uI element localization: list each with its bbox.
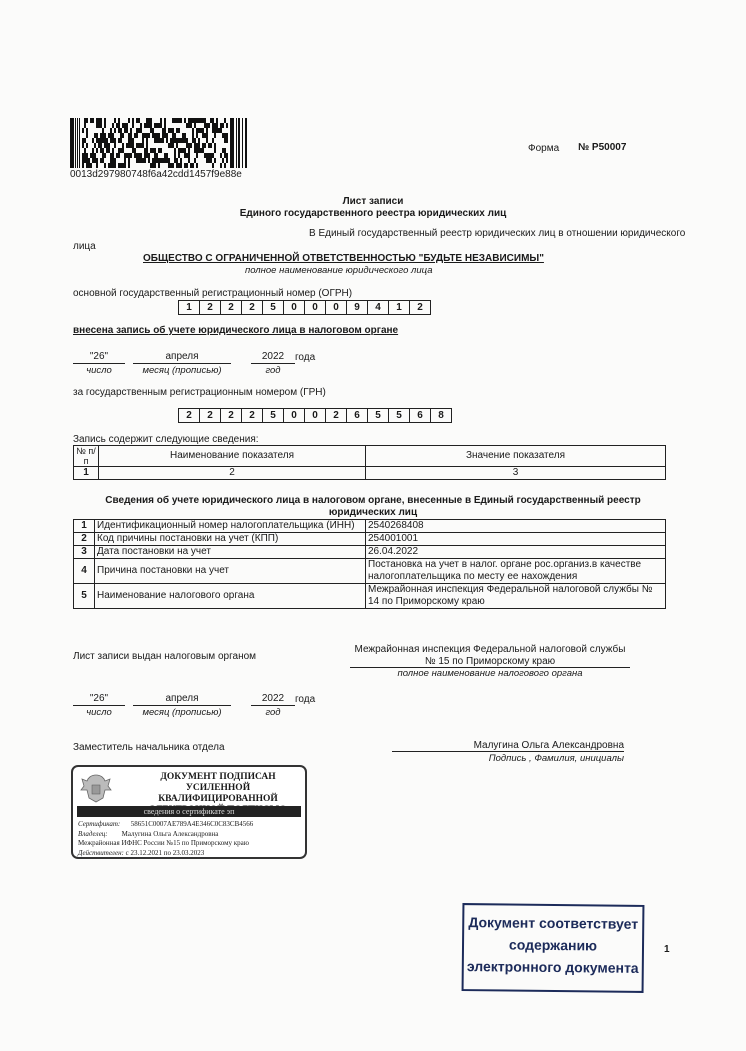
row-value: 2540268408 <box>366 520 666 533</box>
table-row: 3Дата постановки на учет26.04.2022 <box>74 546 666 559</box>
ogrn-digit: 0 <box>305 301 326 314</box>
grn-digit: 2 <box>179 409 200 422</box>
grn-digit: 0 <box>305 409 326 422</box>
intro-text-2: лица <box>73 241 96 252</box>
grn-digit: 0 <box>284 409 305 422</box>
cert-label: Сертификат: <box>78 820 120 828</box>
month-caption: месяц (прописью) <box>133 706 231 719</box>
certificate-bar: сведения о сертификате эп <box>77 806 301 817</box>
pdf417-barcode <box>70 118 248 168</box>
table-row: 1Идентификационный номер налогоплательщи… <box>74 520 666 533</box>
conformity-stamp: Документ соответствует содержанию электр… <box>462 903 645 993</box>
grn-label: за государственным регистрационным номер… <box>73 387 326 398</box>
row-value: Постановка на учет в налог. органе рос.о… <box>366 559 666 584</box>
ogrn-digit: 1 <box>389 301 410 314</box>
ogrn-digit: 1 <box>179 301 200 314</box>
entry-year: 2022 <box>251 350 295 364</box>
row-name: Наименование налогового органа <box>95 584 366 609</box>
row-number: 4 <box>74 559 95 584</box>
table-row: 2Код причины постановки на учет (КПП)254… <box>74 533 666 546</box>
entry-month: апреля <box>133 350 231 364</box>
row-number: 1 <box>74 520 95 533</box>
entry-day: "26" <box>73 350 125 364</box>
ogrn-digit: 2 <box>200 301 221 314</box>
electronic-signature-block: ДОКУМЕНТ ПОДПИСАН УСИЛЕННОЙ КВАЛИФИЦИРОВ… <box>71 765 307 859</box>
signer-caption: Подпись , Фамилия, инициалы <box>392 753 624 764</box>
year-suffix: года <box>295 352 315 363</box>
col-name-index: 2 <box>99 467 366 480</box>
ogrn-digits: 122250009412 <box>178 300 431 315</box>
table-row: 5Наименование налогового органаМежрайонн… <box>74 584 666 609</box>
page-number: 1 <box>664 944 670 955</box>
year-caption: год <box>251 364 295 377</box>
row-value: 26.04.2022 <box>366 546 666 559</box>
col-value-index: 3 <box>366 467 666 480</box>
signer-position: Заместитель начальника отдела <box>73 742 225 753</box>
form-label: Форма <box>528 143 559 154</box>
ogrn-digit: 9 <box>347 301 368 314</box>
issue-month: апреля <box>133 692 231 706</box>
tax-table: 1Идентификационный номер налогоплательщи… <box>73 519 666 609</box>
header-number: № п/п <box>74 446 99 467</box>
ogrn-digit: 2 <box>410 301 430 314</box>
cert-number: 58651C0007AE789A4E346C0C83CB4566 <box>131 820 254 828</box>
year-caption: год <box>251 706 295 719</box>
row-number: 2 <box>74 533 95 546</box>
esign-line1: ДОКУМЕНТ ПОДПИСАН <box>133 772 303 783</box>
ogrn-digit: 4 <box>368 301 389 314</box>
grn-digit: 6 <box>410 409 431 422</box>
grn-digit: 2 <box>221 409 242 422</box>
ogrn-digit: 5 <box>263 301 284 314</box>
issue-year: 2022 <box>251 692 295 706</box>
header-value: Значение показателя <box>366 446 666 467</box>
ogrn-digit: 2 <box>242 301 263 314</box>
stamp-line3: электронного документа <box>464 955 642 979</box>
day-caption: число <box>73 364 125 377</box>
ogrn-label: основной государственный регистрационный… <box>73 288 352 299</box>
grn-digit: 5 <box>263 409 284 422</box>
year-suffix: года <box>295 694 315 705</box>
grn-digit: 5 <box>368 409 389 422</box>
grn-digit: 2 <box>200 409 221 422</box>
form-number: № Р50007 <box>578 142 626 153</box>
company-name: ОБЩЕСТВО С ОГРАНИЧЕННОЙ ОТВЕТСТВЕННОСТЬЮ… <box>143 253 544 264</box>
issue-date: "26"число апрелямесяц (прописью) 2022год… <box>73 692 315 719</box>
contents-table: № п/п Наименование показателя Значение п… <box>73 445 666 480</box>
issued-label: Лист записи выдан налоговым органом <box>73 651 256 662</box>
day-caption: число <box>73 706 125 719</box>
doc-subtitle: Единого государственного реестра юридиче… <box>0 208 746 219</box>
entry-statement: внесена запись об учете юридического лиц… <box>73 325 398 336</box>
signer-name: Малугина Ольга Александровна <box>392 740 624 752</box>
issue-day: "26" <box>73 692 125 706</box>
row-name: Идентификационный номер налогоплательщик… <box>95 520 366 533</box>
row-name: Код причины постановки на учет (КПП) <box>95 533 366 546</box>
grn-digit: 6 <box>347 409 368 422</box>
grn-digit: 2 <box>326 409 347 422</box>
entry-date: "26"число апрелямесяц (прописью) 2022год… <box>73 350 315 377</box>
coat-of-arms-icon <box>79 772 113 804</box>
cert-owner: Малугина Ольга Александровна <box>122 830 219 838</box>
stamp-line2: содержанию <box>464 933 642 957</box>
row-value: 254001001 <box>366 533 666 546</box>
company-caption: полное наименование юридического лица <box>245 265 433 276</box>
barcode-id: 0013d297980748f6a42cdd1457f9e88e <box>70 169 242 180</box>
authority-caption: полное наименование налогового органа <box>350 668 630 679</box>
valid-label: Действителен: <box>78 849 124 857</box>
ogrn-digit: 2 <box>221 301 242 314</box>
cert-validity: с 23.12.2021 по 23.03.2023 <box>126 849 205 857</box>
owner-label: Владелец: <box>78 830 108 838</box>
header-name: Наименование показателя <box>99 446 366 467</box>
col-number-index: 1 <box>74 467 99 480</box>
grn-digit: 8 <box>431 409 451 422</box>
row-name: Дата постановки на учет <box>95 546 366 559</box>
stamp-line1: Документ соответствует <box>464 911 642 935</box>
issuing-authority-2: № 15 по Приморскому краю <box>350 656 630 668</box>
doc-title: Лист записи <box>0 196 746 207</box>
contents-caption: Запись содержит следующие сведения: <box>73 434 259 445</box>
ogrn-digit: 0 <box>284 301 305 314</box>
month-caption: месяц (прописью) <box>133 364 231 377</box>
tax-section-title-2: юридических лиц <box>0 507 746 518</box>
row-name: Причина постановки на учет <box>95 559 366 584</box>
esign-line2: УСИЛЕННОЙ КВАЛИФИЦИРОВАННОЙ <box>133 783 303 805</box>
tax-section-title: Сведения об учете юридического лица в на… <box>0 495 746 506</box>
ogrn-digit: 0 <box>326 301 347 314</box>
grn-digit: 2 <box>242 409 263 422</box>
row-number: 5 <box>74 584 95 609</box>
row-number: 3 <box>74 546 95 559</box>
grn-digit: 5 <box>389 409 410 422</box>
issuing-authority: Межрайонная инспекция Федеральной налого… <box>350 644 630 655</box>
cert-org: Межрайонная ИФНС России №15 по Приморско… <box>78 839 253 849</box>
row-value: Межрайонная инспекция Федеральной налого… <box>366 584 666 609</box>
intro-text: В Единый государственный реестр юридичес… <box>309 228 685 239</box>
table-row: 4Причина постановки на учетПостановка на… <box>74 559 666 584</box>
grn-digits: 2222500265568 <box>178 408 452 423</box>
